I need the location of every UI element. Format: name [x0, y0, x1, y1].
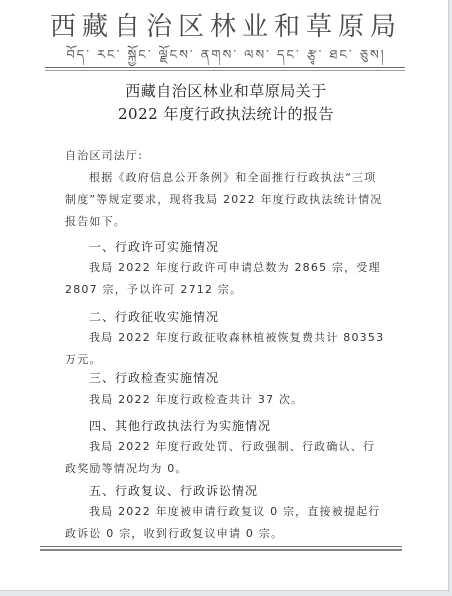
footer-divider — [40, 549, 402, 551]
document-title-line-1: 西藏自治区林业和草原局关于 — [0, 80, 452, 101]
letterhead-org-name-tibetan: བོད་ རང་ སྐྱོང་ ལྗོངས་ ནགས་ ལས་ དང་ རྩྭ་… — [0, 40, 452, 77]
section-body-5: 我局 2022 年度被申请行政复议 0 宗，直接被提起行政诉讼 0 宗，收到行政… — [65, 501, 385, 545]
section-body-1: 我局 2022 年度行政许可申请总数为 2865 宗，受理 2807 宗，予以许… — [65, 257, 385, 301]
section-heading-3: 三、行政检查实施情况 — [89, 369, 219, 386]
document-page: 西藏自治区林业和草原局 བོད་ རང་ སྐྱོང་ ལྗོངས་ ནགས་ … — [0, 0, 449, 591]
salutation: 自治区司法厅: — [65, 145, 385, 167]
footer-divider — [40, 546, 402, 547]
intro-paragraph: 根据《政府信息公开条例》和全面推行行政执法“三项制度”等规定要求，现将我局 20… — [65, 167, 385, 233]
section-heading-5: 五、行政复议、行政诉讼情况 — [89, 482, 258, 499]
letterhead-org-name: 西藏自治区林业和草原局 — [0, 6, 452, 43]
letterhead-divider — [45, 67, 405, 68]
section-body-3: 我局 2022 年度行政检查共计 37 次。 — [65, 389, 385, 411]
letterhead-divider — [45, 70, 405, 71]
section-heading-2: 二、行政征收实施情况 — [89, 308, 219, 325]
section-body-2: 我局 2022 年度行政征收森林植被恢复费共计 80353 万元。 — [65, 327, 385, 371]
section-heading-4: 四、其他行政执法行为实施情况 — [89, 417, 271, 434]
section-heading-1: 一、行政许可实施情况 — [89, 238, 219, 255]
section-body-4: 我局 2022 年度行政处罚、行政强制、行政确认、行政奖励等情况均为 0。 — [65, 436, 385, 480]
document-title-line-2: 2022 年度行政执法统计的报告 — [0, 103, 452, 124]
